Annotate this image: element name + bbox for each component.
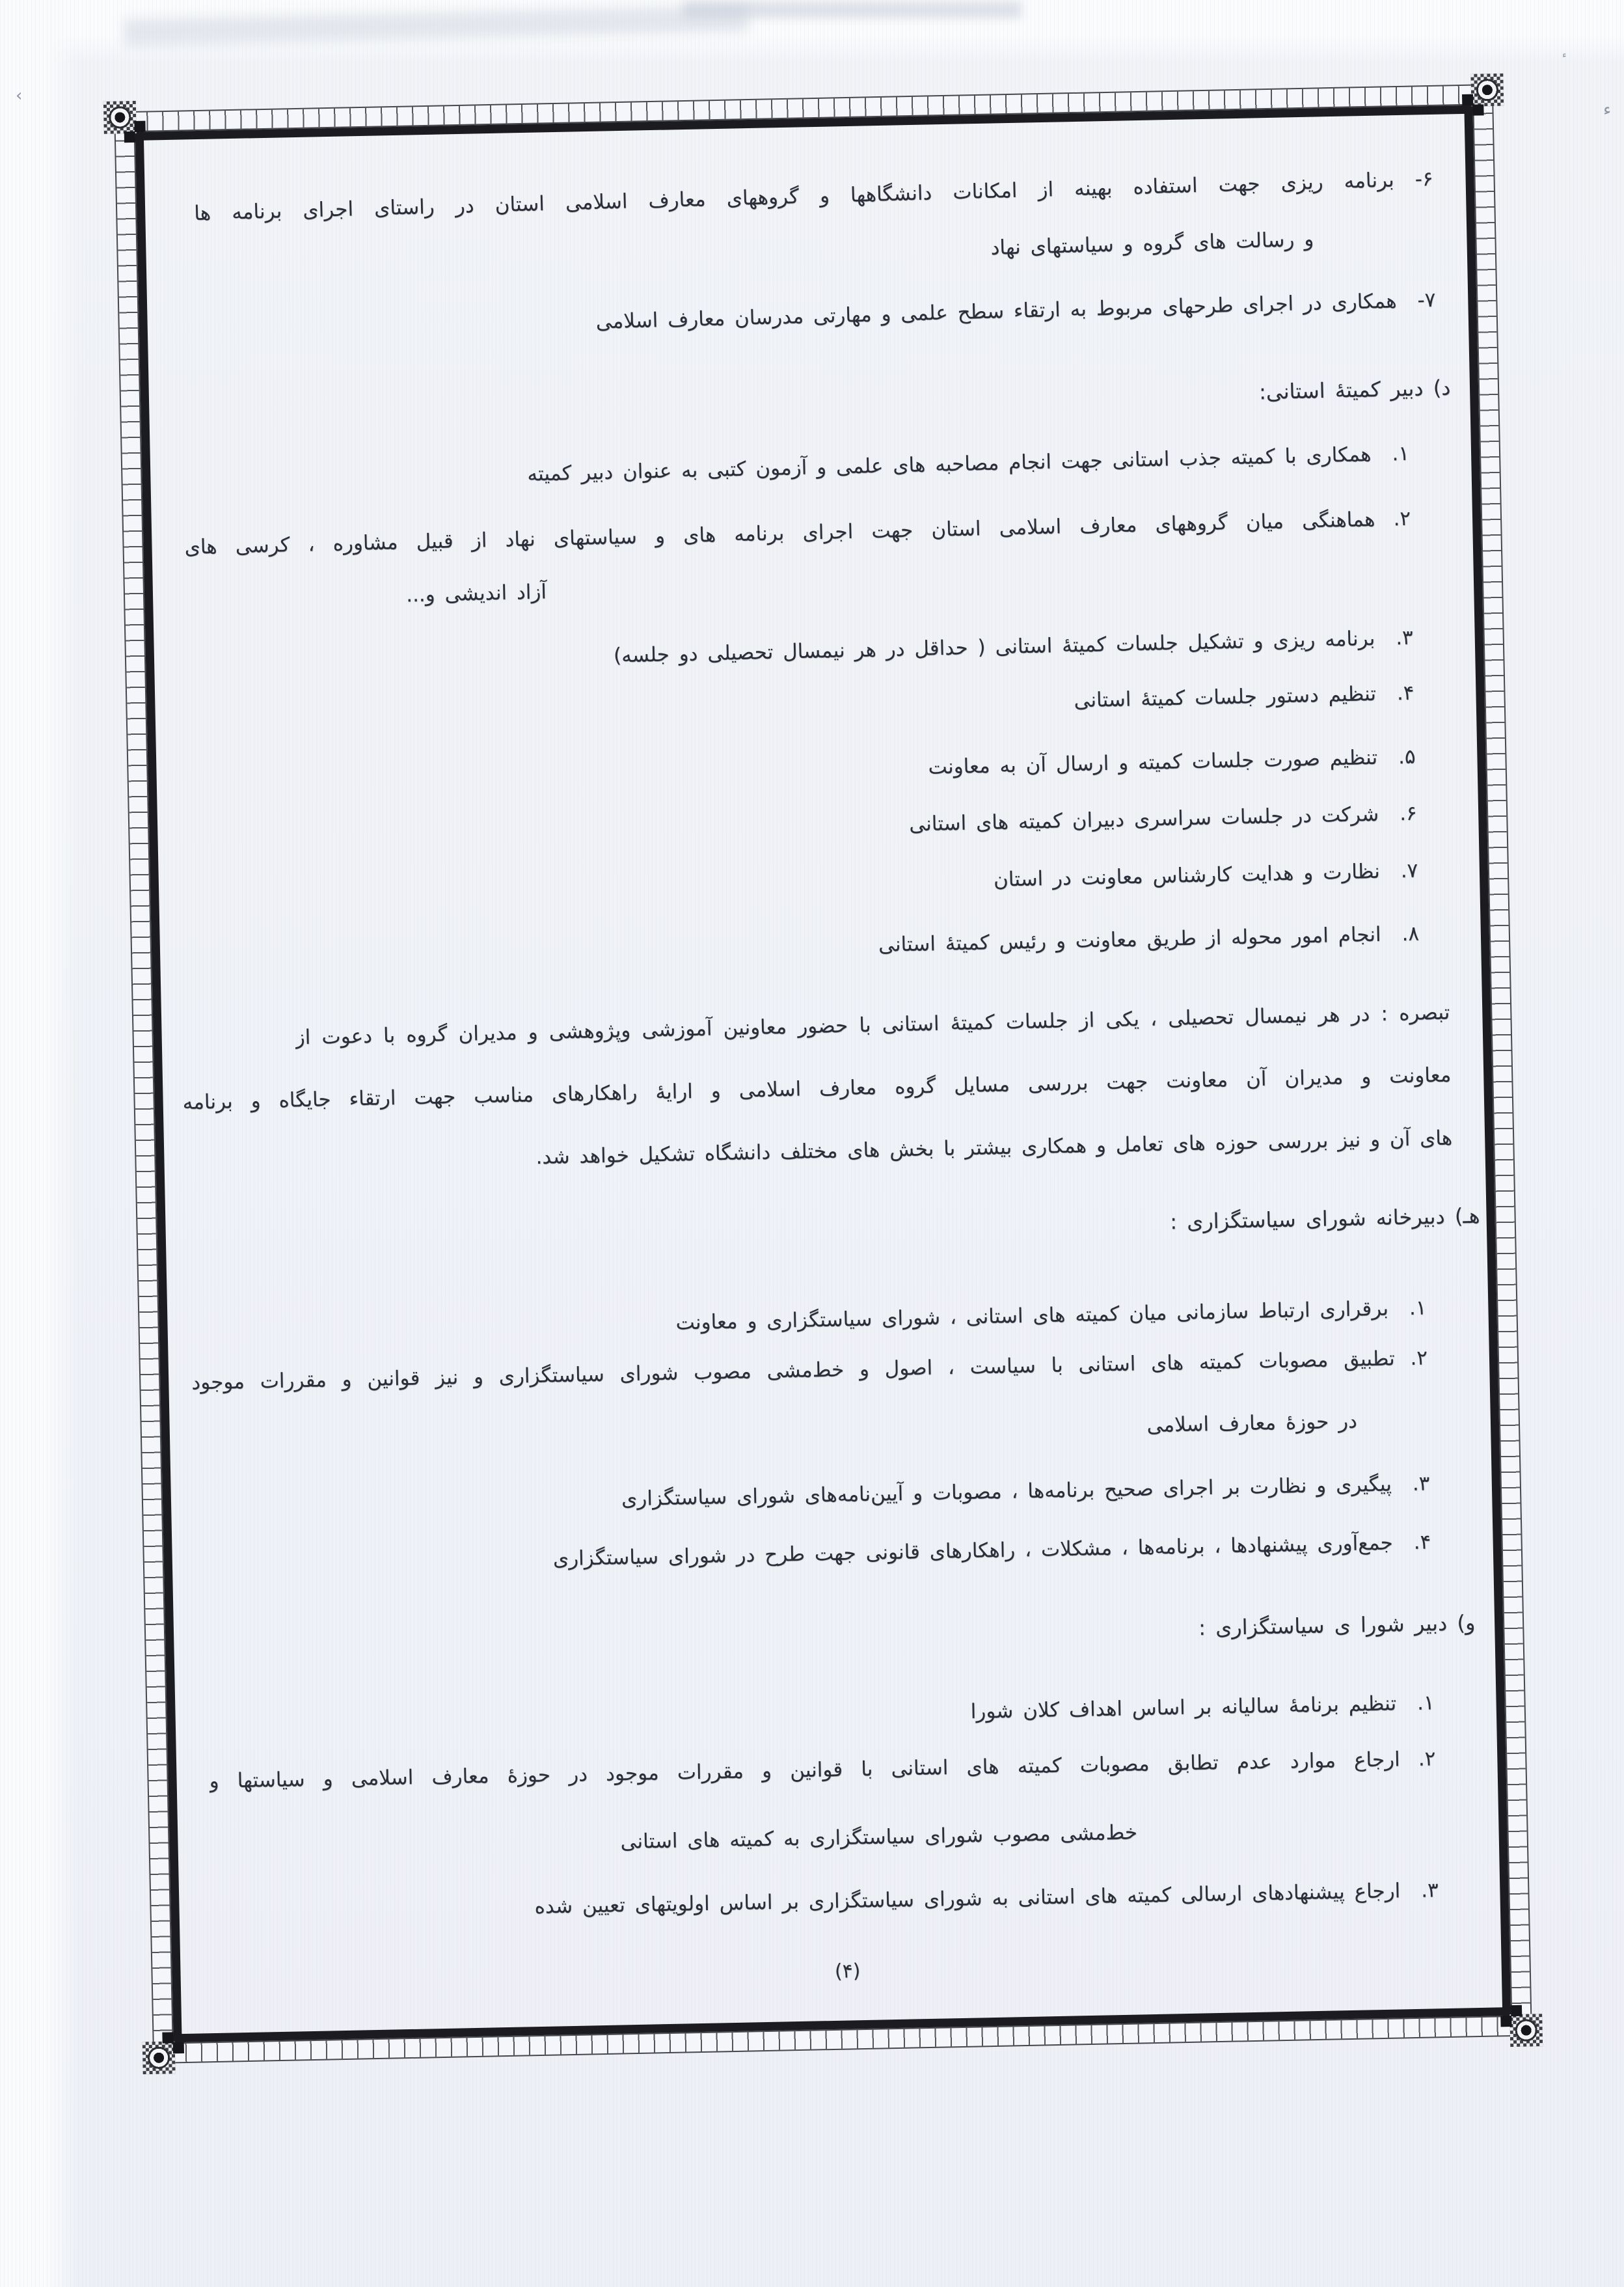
line-text: برقراری ارتباط سازمانی میان کمیته های اس…	[675, 1297, 1388, 1335]
section-header: د) دبیر کمیتهٔ استانی:	[1258, 366, 1451, 413]
line-text: انجام امور محوله از طریق معاونت و رئیس ک…	[878, 923, 1381, 957]
list-marker: ۵.	[1398, 736, 1416, 778]
text-line: آزاد اندیشی و...	[405, 571, 547, 616]
corner-ornament-bottom-right	[1509, 2014, 1543, 2047]
list-marker: ۸.	[1401, 913, 1420, 955]
scanned-document-page: { "document": { "language": "fa", "page_…	[0, 0, 1624, 2287]
line-text: همکاری در اجرای طرحهای مربوط به ارتقاء س…	[595, 289, 1397, 333]
line-text: شرکت در جلسات سراسری دبیران کمیته های اس…	[908, 802, 1379, 836]
text-line: تبصره : در هر نیمسال تحصیلی ، یکی از جلس…	[295, 992, 1450, 1059]
text-line: ۱.همکاری با کمیته جذب استانی جهت انجام م…	[527, 433, 1410, 495]
text-line: ۷.نظارت و هدایت کارشناس معاونت در استان	[993, 850, 1418, 901]
text-line: ۶.شرکت در جلسات سراسری دبیران کمیته های …	[908, 793, 1417, 845]
list-marker: ۱.	[1416, 1682, 1435, 1723]
corner-step	[1500, 2016, 1511, 2027]
text-line: ۳.پیگیری و نظارت بر اجرای صحیح برنامه‌ها…	[621, 1462, 1431, 1520]
text-line: ۲. هماهنگی میان گروههای معارف اسلامی است…	[184, 498, 1411, 568]
text-line: خط‌مشی مصوب شورای سیاستگزاری به کمیته ها…	[621, 1812, 1139, 1863]
list-marker: ۱.	[1392, 433, 1410, 475]
list-marker: ۱.	[1409, 1287, 1427, 1329]
section-header: هـ) دبیرخانه شورای سیاستگزاری :	[1170, 1195, 1481, 1243]
corner-step	[162, 2032, 173, 2043]
list-marker: ۳.	[1413, 1462, 1431, 1504]
line-text: تنظیم برنامهٔ سالیانه بر اساس اهداف کلان…	[970, 1691, 1396, 1723]
text-line: ۸.انجام امور محوله از طریق معاونت و رئیس…	[878, 913, 1419, 966]
text-line: ۵.تنظیم صورت جلسات کمیته و ارسال آن به م…	[928, 736, 1416, 788]
corner-step	[134, 121, 145, 132]
corner-step	[1511, 2005, 1522, 2016]
list-marker: ۳.	[1420, 1869, 1439, 1911]
list-marker: ۷-	[1417, 279, 1437, 322]
list-marker: ۳.	[1395, 617, 1413, 659]
text-line: ۳.ارجاع پیشنهادهای ارسالی کمیته های استا…	[534, 1869, 1439, 1927]
line-text: همکاری با کمیته جذب استانی جهت انجام مصا…	[527, 443, 1372, 486]
text-line: معاونت و مدیران آن معاونت جهت بررسی مسای…	[182, 1054, 1452, 1124]
line-text: جمع‌آوری پیشنهادها ، برنامه‌ها ، مشکلات …	[553, 1531, 1394, 1571]
text-line: های آن و نیز بررسی حوزه های تعامل و همکا…	[535, 1117, 1453, 1178]
page-frame: ۶- برنامه ریزی جهت استفاده بهینه از امکا…	[114, 84, 1532, 2064]
line-text: تنظیم دستور جلسات کمیتهٔ استانی	[1074, 682, 1376, 713]
line-text: نظارت و هدایت کارشناس معاونت در استان	[993, 860, 1379, 892]
line-text: برنامه ریزی و تشکیل جلسات کمیتهٔ استانی …	[614, 627, 1375, 668]
pen-mark: ‹	[16, 87, 22, 104]
text-line: ۷-همکاری در اجرای طرحهای مربوط به ارتقاء…	[595, 279, 1436, 343]
text-line: ۳.برنامه ریزی و تشکیل جلسات کمیتهٔ استان…	[613, 617, 1413, 677]
corner-step	[1462, 94, 1473, 105]
text-line: ۲. ارجاع موارد عدم تطابق مصوبات کمیته ها…	[209, 1738, 1436, 1802]
text-line: ۱.برقراری ارتباط سازمانی میان کمیته های …	[675, 1287, 1427, 1343]
list-marker: ۶.	[1399, 793, 1417, 835]
text-line: ۱.تنظیم برنامهٔ سالیانه بر اساس اهداف کل…	[970, 1682, 1435, 1732]
corner-ornament-bottom-left	[142, 2041, 176, 2074]
pen-mark: ء	[1603, 102, 1611, 118]
frame-border-top	[114, 84, 1493, 112]
list-marker: ۴.	[1396, 672, 1414, 715]
text-line: در حوزهٔ معارف اسلامی	[1146, 1401, 1358, 1446]
line-text: ارجاع پیشنهادهای ارسالی کمیته های استانی…	[534, 1879, 1400, 1918]
line-text: تنظیم صورت جلسات کمیته و ارسال آن به معا…	[928, 746, 1377, 779]
section-header: و) دبیر شورا ی سیاستگزاری :	[1198, 1602, 1475, 1649]
corner-step	[1472, 104, 1483, 115]
scan-smudge	[124, 5, 749, 46]
corner-ornament-top-left	[103, 101, 137, 134]
text-line: و رسالت های گروه و سیاستهای نهاد	[990, 219, 1314, 269]
list-marker: ۷.	[1400, 850, 1418, 892]
scan-smudge	[683, 1, 1022, 18]
list-marker: ۴.	[1414, 1521, 1432, 1563]
corner-step	[124, 131, 135, 143]
text-line: ۴.تنظیم دستور جلسات کمیتهٔ استانی	[1074, 672, 1414, 722]
corner-step	[173, 2042, 184, 2053]
text-line: ۲. تطبیق مصوبات کمیته های استانی با سیاس…	[191, 1337, 1428, 1403]
corner-ornament-top-right	[1470, 74, 1504, 107]
page-number: (۴)	[792, 1950, 903, 1993]
text-line: ۴.جمع‌آوری پیشنهادها ، برنامه‌ها ، مشکلا…	[553, 1521, 1432, 1580]
line-text: پیگیری و نظارت بر اجرای صحیح برنامه‌ها ،…	[621, 1473, 1392, 1511]
